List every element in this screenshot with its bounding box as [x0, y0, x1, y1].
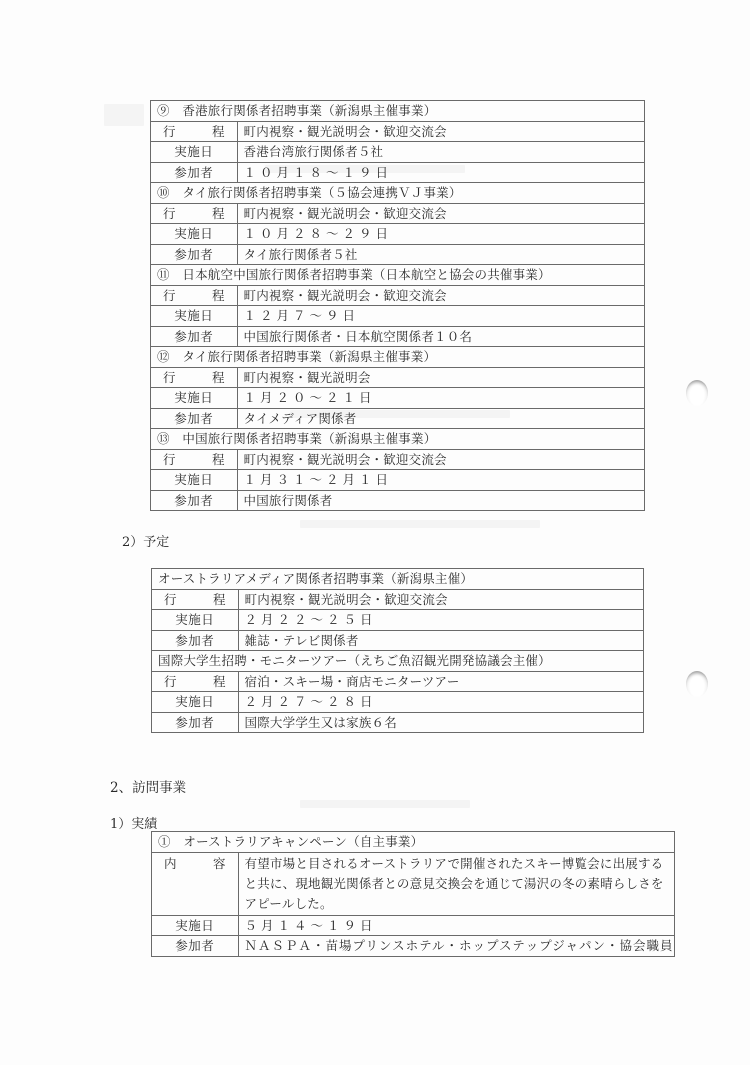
row-label: 実施日: [151, 142, 238, 163]
hole-punch: [686, 671, 708, 697]
row-value: ＮＡＳＰＡ・苗場プリンスホテル・ホップステップジャパン・協会職員: [238, 936, 674, 957]
row-label: 実施日: [152, 610, 239, 631]
project-header: 国際大学生招聘・モニターツアー（えちご魚沼観光開発協議会主催）: [152, 651, 644, 672]
table-row: 行 程町内視察・観光説明会: [151, 367, 645, 388]
hole-punch: [686, 380, 708, 406]
table-row: 実施日５月１４〜１９日: [152, 915, 675, 936]
row-value: ２月２２〜２５日: [238, 610, 643, 631]
row-label: 実施日: [152, 692, 239, 713]
row-value: １２月７〜９日: [237, 306, 644, 327]
table-row: ⑫ タイ旅行関係者招聘事業（新潟県主催事業）: [151, 347, 645, 368]
project-header: オーストラリアメディア関係者招聘事業（新潟県主催）: [152, 569, 644, 590]
row-value: 中国旅行関係者・日本航空関係者１０名: [237, 326, 644, 347]
table-row: 行 程町内視察・観光説明会・歓迎交流会: [152, 589, 644, 610]
table-row: 実施日香港台湾旅行関係者５社: [151, 142, 645, 163]
table-row: 実施日２月２７〜２８日: [152, 692, 644, 713]
project-header: ⑫ タイ旅行関係者招聘事業（新潟県主催事業）: [151, 347, 645, 368]
table-row: 国際大学生招聘・モニターツアー（えちご魚沼観光開発協議会主催）: [152, 651, 644, 672]
row-value: １月３１〜２月１日: [237, 470, 644, 491]
row-value: 町内視察・観光説明会・歓迎交流会: [237, 285, 644, 306]
row-value: ５月１４〜１９日: [238, 915, 674, 936]
row-label: 行 程: [151, 285, 238, 306]
row-label: 参加者: [151, 490, 238, 511]
table-row: 参加者タイ旅行関係者５社: [151, 244, 645, 265]
row-value: 国際大学学生又は家族６名: [238, 712, 643, 733]
table-row: 実施日１月３１〜２月１日: [151, 470, 645, 491]
row-label: 行 程: [152, 671, 239, 692]
table-row: 行 程町内視察・観光説明会・歓迎交流会: [151, 449, 645, 470]
table-row: 参加者１０月１８〜１９日: [151, 162, 645, 183]
row-label: 行 程: [151, 203, 238, 224]
row-label: 参加者: [152, 630, 239, 651]
row-value: 雑誌・テレビ関係者: [238, 630, 643, 651]
table-row: 実施日２月２２〜２５日: [152, 610, 644, 631]
table-row: 実施日１２月７〜９日: [151, 306, 645, 327]
row-value: 町内視察・観光説明会: [237, 367, 644, 388]
bleed-through-mark: [300, 520, 540, 528]
row-value: タイメディア関係者: [237, 408, 644, 429]
row-value: １月２０〜２１日: [237, 388, 644, 409]
row-label: 行 程: [151, 367, 238, 388]
row-label: 実施日: [151, 388, 238, 409]
row-value: １０月１８〜１９日: [237, 162, 644, 183]
table-invitation-results: ⑨ 香港旅行関係者招聘事業（新潟県主催事業） 行 程町内視察・観光説明会・歓迎交…: [150, 100, 645, 511]
section-title-visits: 2、訪問事業: [110, 776, 186, 796]
row-label: 参加者: [151, 326, 238, 347]
table-row: ⑪ 日本航空中国旅行関係者招聘事業（日本航空と協会の共催事業）: [151, 265, 645, 286]
row-value: 町内視察・観光説明会・歓迎交流会: [237, 449, 644, 470]
bleed-through-mark: [300, 800, 470, 808]
row-label: 実施日: [151, 470, 238, 491]
row-label: 参加者: [151, 162, 238, 183]
row-value: 宿泊・スキー場・商店モニターツアー: [238, 671, 643, 692]
table-row: ⑬ 中国旅行関係者招聘事業（新潟県主催事業）: [151, 429, 645, 450]
table-row: 参加者ＮＡＳＰＡ・苗場プリンスホテル・ホップステップジャパン・協会職員: [152, 936, 675, 957]
project-header: ① オーストラリアキャンペーン（自主事業）: [152, 832, 675, 853]
table-row: 参加者中国旅行関係者・日本航空関係者１０名: [151, 326, 645, 347]
row-label: 参加者: [151, 244, 238, 265]
table-row: ⑨ 香港旅行関係者招聘事業（新潟県主催事業）: [151, 101, 645, 122]
table-row: 行 程町内視察・観光説明会・歓迎交流会: [151, 121, 645, 142]
table-invitation-planned: オーストラリアメディア関係者招聘事業（新潟県主催） 行 程町内視察・観光説明会・…: [151, 568, 644, 733]
row-label: 行 程: [151, 121, 238, 142]
table-row: 実施日１０月２８〜２９日: [151, 224, 645, 245]
row-value: タイ旅行関係者５社: [237, 244, 644, 265]
table-row: 内 容有望市場と目されるオーストラリアで開催されたスキー博覧会に出展すると共に、…: [152, 852, 675, 915]
project-header: ⑩ タイ旅行関係者招聘事業（５協会連携ＶＪ事業）: [151, 183, 645, 204]
row-value: １０月２８〜２９日: [237, 224, 644, 245]
row-value: ２月２７〜２８日: [238, 692, 643, 713]
table-row: 参加者タイメディア関係者: [151, 408, 645, 429]
row-value: 有望市場と目されるオーストラリアで開催されたスキー博覧会に出展すると共に、現地観…: [238, 852, 674, 915]
project-header: ⑬ 中国旅行関係者招聘事業（新潟県主催事業）: [151, 429, 645, 450]
table-row: オーストラリアメディア関係者招聘事業（新潟県主催）: [152, 569, 644, 590]
table-visit-results: ① オーストラリアキャンペーン（自主事業） 内 容有望市場と目されるオーストラリ…: [151, 831, 675, 957]
row-value: 町内視察・観光説明会・歓迎交流会: [238, 589, 643, 610]
row-label: 実施日: [151, 224, 238, 245]
bleed-through-mark: [104, 104, 144, 126]
actual-heading: 1）実績: [110, 813, 157, 832]
row-value: 香港台湾旅行関係者５社: [237, 142, 644, 163]
table-row: 参加者中国旅行関係者: [151, 490, 645, 511]
row-label: 行 程: [151, 449, 238, 470]
planned-heading: 2）予定: [122, 531, 169, 550]
row-value: 中国旅行関係者: [237, 490, 644, 511]
table-row: 行 程町内視察・観光説明会・歓迎交流会: [151, 285, 645, 306]
scanned-document-page: ⑨ 香港旅行関係者招聘事業（新潟県主催事業） 行 程町内視察・観光説明会・歓迎交…: [0, 0, 750, 1065]
row-label: 実施日: [151, 306, 238, 327]
row-label: 参加者: [152, 936, 239, 957]
row-value: 町内視察・観光説明会・歓迎交流会: [237, 121, 644, 142]
table-row: ① オーストラリアキャンペーン（自主事業）: [152, 832, 675, 853]
row-label: 実施日: [152, 915, 239, 936]
row-label: 参加者: [152, 712, 239, 733]
project-header: ⑨ 香港旅行関係者招聘事業（新潟県主催事業）: [151, 101, 645, 122]
project-header: ⑪ 日本航空中国旅行関係者招聘事業（日本航空と協会の共催事業）: [151, 265, 645, 286]
row-label: 参加者: [151, 408, 238, 429]
table-row: 行 程町内視察・観光説明会・歓迎交流会: [151, 203, 645, 224]
table-row: 行 程宿泊・スキー場・商店モニターツアー: [152, 671, 644, 692]
table-row: 参加者国際大学学生又は家族６名: [152, 712, 644, 733]
table-row: ⑩ タイ旅行関係者招聘事業（５協会連携ＶＪ事業）: [151, 183, 645, 204]
table-row: 参加者雑誌・テレビ関係者: [152, 630, 644, 651]
row-label: 行 程: [152, 589, 239, 610]
table-row: 実施日１月２０〜２１日: [151, 388, 645, 409]
row-value: 町内視察・観光説明会・歓迎交流会: [237, 203, 644, 224]
row-label: 内 容: [152, 852, 239, 915]
